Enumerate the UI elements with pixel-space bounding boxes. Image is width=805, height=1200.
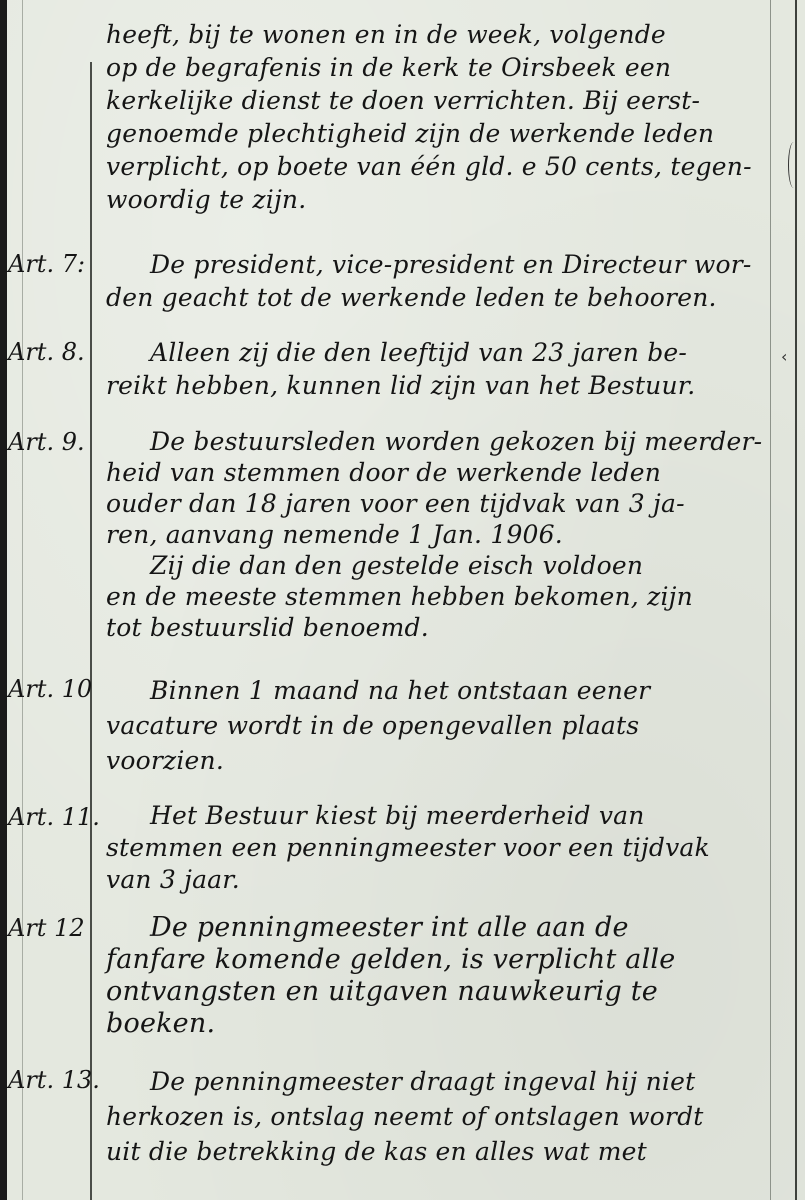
text-line: ontvangsten en uitgaven nauwkeurig te — [106, 976, 766, 1008]
margin-tick-mark: ‹ — [781, 347, 787, 366]
article-10-text: Binnen 1 maand na het ontstaan eener vac… — [106, 673, 766, 778]
left-faint-rule — [22, 0, 23, 1200]
text-line: heeft, bij te wonen en in de week, volge… — [106, 18, 766, 51]
article-13-text: De penningmeester draagt ingeval hij nie… — [106, 1064, 766, 1169]
text-line: vacature wordt in de opengevallen plaats — [106, 708, 766, 743]
article-label-8: Art. 8. — [8, 338, 90, 366]
binding-curve-mark — [788, 142, 799, 188]
article-label-13: Art. 13. — [8, 1066, 90, 1094]
article-label-7: Art. 7: — [8, 250, 90, 278]
article-label-11: Art. 11. — [8, 803, 90, 831]
text-line: De penningmeester draagt ingeval hij nie… — [106, 1064, 766, 1099]
text-line: heid van stemmen door de werkende leden — [106, 457, 766, 488]
text-line: De president, vice-president en Directeu… — [106, 248, 766, 281]
text-line: Alleen zij die den leeftijd van 23 jaren… — [106, 336, 766, 369]
article-12-text: De penningmeester int alle aan de fanfar… — [106, 912, 766, 1040]
continuation-paragraph: heeft, bij te wonen en in de week, volge… — [106, 18, 766, 216]
text-line: en de meeste stemmen hebben bekomen, zij… — [106, 581, 766, 612]
text-line: ren, aanvang nemende 1 Jan. 1906. — [106, 519, 766, 550]
text-line: Zij die dan den gestelde eisch voldoen — [106, 550, 766, 581]
text-line: tot bestuurslid benoemd. — [106, 612, 766, 643]
article-label-9: Art. 9. — [8, 428, 90, 456]
text-line: De penningmeester int alle aan de — [106, 912, 766, 944]
article-7-text: De president, vice-president en Directeu… — [106, 248, 766, 314]
article-label-12: Art 12 — [8, 914, 90, 942]
text-line: boeken. — [106, 1008, 766, 1040]
text-line: Het Bestuur kiest bij meerderheid van — [106, 800, 766, 832]
ledger-page: ‹ heeft, bij te wonen en in de week, vol… — [0, 0, 805, 1200]
text-line: verplicht, op boete van één gld. e 50 ce… — [106, 150, 766, 183]
right-rule-inner — [770, 0, 771, 1200]
text-line: herkozen is, ontslag neemt of ontslagen … — [106, 1099, 766, 1134]
text-line: ouder dan 18 jaren voor een tijdvak van … — [106, 488, 766, 519]
text-line: uit die betrekking de kas en alles wat m… — [106, 1134, 766, 1169]
text-line: stemmen een penningmeester voor een tijd… — [106, 832, 766, 864]
text-line: van 3 jaar. — [106, 864, 766, 896]
text-line: De bestuursleden worden gekozen bij meer… — [106, 426, 766, 457]
article-9-text: De bestuursleden worden gekozen bij meer… — [106, 426, 766, 643]
text-line: Binnen 1 maand na het ontstaan eener — [106, 673, 766, 708]
text-line: fanfare komende gelden, is verplicht all… — [106, 944, 766, 976]
article-label-10: Art. 10 — [8, 675, 90, 703]
text-line: den geacht tot de werkende leden te beho… — [106, 281, 766, 314]
article-11-text: Het Bestuur kiest bij meerderheid van st… — [106, 800, 766, 896]
text-line: genoemde plechtigheid zijn de werkende l… — [106, 117, 766, 150]
text-line: woordig te zijn. — [106, 183, 766, 216]
text-line: reikt hebben, kunnen lid zijn van het Be… — [106, 369, 766, 402]
margin-rule — [90, 62, 92, 1200]
page-edge-shadow — [0, 0, 7, 1200]
text-line: voorzien. — [106, 743, 766, 778]
article-8-text: Alleen zij die den leeftijd van 23 jaren… — [106, 336, 766, 402]
text-line: kerkelijke dienst te doen verrichten. Bi… — [106, 84, 766, 117]
text-line: op de begrafenis in de kerk te Oirsbeek … — [106, 51, 766, 84]
